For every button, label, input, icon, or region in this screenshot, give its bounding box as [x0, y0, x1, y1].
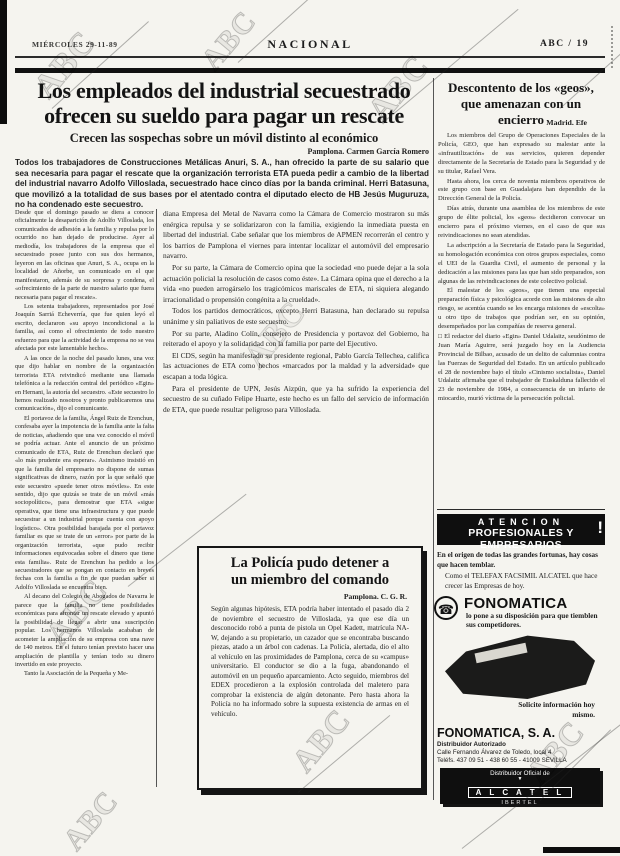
article-column-2: diana Empresa del Metal de Navarra como … — [163, 209, 429, 541]
boxed-article-byline: Pamplona. C. G. R. — [211, 592, 407, 601]
paragraph: Para el presidente de UPN, Jesús Aizpún,… — [163, 384, 429, 416]
main-headline-line1: Los empleados del industrial secuestrado — [15, 78, 433, 103]
ad-banner-line1: ATENCION — [437, 517, 605, 527]
geos-column: Los miembros del Grupo de Operaciones Es… — [438, 132, 605, 506]
main-headline-line2: ofrecen su sueldo para pagar un rescate — [15, 103, 433, 128]
main-subheadline: Crecen las sospechas sobre un móvil dist… — [15, 131, 433, 146]
paragraph: Por su parte, la Cámara de Comercio opin… — [163, 263, 429, 305]
exclamation-mark: ! — [597, 518, 603, 538]
column-divider-1-2 — [156, 209, 157, 787]
official-box-title: Distribuidor Oficial de — [440, 770, 600, 777]
paragraph: Todos los partidos democráticos, excepto… — [163, 306, 429, 327]
boxed-article-title-line2: un miembro del comando — [211, 572, 409, 589]
telephone-glyph: ☎ — [438, 602, 454, 617]
section-label: NACIONAL — [0, 37, 620, 52]
ad-phones: Teléfs. 437 09 51 - 438 60 55 - 41009 SE… — [437, 757, 567, 765]
boxed-article-title-line1: La Policía pudo detener a — [211, 555, 409, 572]
ad-intro-1: En el origen de todas las grandes fortun… — [437, 551, 605, 570]
article-column-1: Desde que el domingo pasado se diera a c… — [15, 209, 154, 789]
column-divider-main-right — [433, 78, 434, 800]
abc-watermark: ABC — [57, 785, 126, 856]
paragraph: La adscripción a la Secretaría de Estado… — [438, 242, 605, 287]
scan-edge-bar — [0, 0, 7, 124]
ad-cta: Solicite información hoy mismo. — [505, 700, 595, 719]
scan-line — [238, 0, 328, 63]
page-number: ABC / 19 — [540, 39, 589, 49]
header-rule-thin — [15, 56, 605, 58]
ad-banner-line2: PROFESIONALES Y EMPRESARIOS — [437, 527, 605, 551]
geos-bottom-rule — [437, 509, 605, 510]
alcatel-logo: A L C A T E L — [468, 787, 573, 798]
scan-corner-bar — [543, 847, 620, 853]
paragraph: Al decano del Colegio de Abogados de Nav… — [15, 593, 154, 669]
header-rule-thick — [15, 68, 605, 73]
paragraph: Los miembros del Grupo de Operaciones Es… — [438, 132, 605, 177]
paragraph: A las once de la noche del pasado lunes,… — [15, 355, 154, 414]
paragraph: Tanto la Asociación de la Pequeña y Me- — [15, 670, 154, 678]
ad-brand-logo: FONOMATICA — [464, 595, 568, 612]
newspaper-page: MIÉRCOLES 29-11-89 NACIONAL ABC / 19 Los… — [0, 0, 620, 856]
boxed-article: La Policía pudo detener a un miembro del… — [197, 546, 423, 790]
ad-intro-2: Como el TELEFAX FACSIMIL ALCATEL que hac… — [445, 572, 605, 591]
paragraph: Desde que el domingo pasado se diera a c… — [15, 209, 154, 302]
paragraph: El CDS, según ha manifestado su presiden… — [163, 351, 429, 383]
lead-paragraph: Todos los trabajadores de Construcciones… — [15, 158, 429, 211]
brief-note: □ El redactor del diario «Egin» Daniel U… — [438, 333, 605, 404]
ad-address: Calle Fernando Álvarez de Toledo, local … — [437, 749, 551, 757]
geos-byline: Madrid. Efe — [437, 118, 587, 127]
paragraph: Días atrás, durante una asamblea de los … — [438, 205, 605, 241]
paragraph: diana Empresa del Metal de Navarra como … — [163, 209, 429, 262]
main-byline: Pamplona. Carmen García Romero — [15, 147, 429, 156]
paragraph: Los setenta trabajadores, representados … — [15, 303, 154, 354]
ad-distributor: Distribuidor Autorizado — [437, 741, 506, 749]
ad-company-name: FONOMATICA, S. A. — [437, 726, 555, 740]
paragraph: Por su parte, Aladino Colín, consejero d… — [163, 329, 429, 350]
paragraph: El portavoz de la familia, Ángel Ruiz de… — [15, 415, 154, 593]
telephone-icon: ☎ — [434, 596, 458, 620]
alcatel-distributor-box: Distribuidor Oficial de ▼ A L C A T E L … — [440, 768, 600, 804]
boxed-article-body: Según algunas hipótesis, ETA podría habe… — [211, 605, 409, 719]
ad-tagline: lo pone a su disposición para que tiembl… — [466, 611, 602, 629]
paragraph: El malestar de los «geos», que tienen un… — [438, 287, 605, 332]
ad-banner: ATENCION PROFESIONALES Y EMPRESARIOS ! — [437, 514, 605, 545]
paragraph: Hasta ahora, los cerca de noventa miembr… — [438, 178, 605, 205]
geos-title-line1: Descontento de los «geos», — [437, 80, 605, 96]
